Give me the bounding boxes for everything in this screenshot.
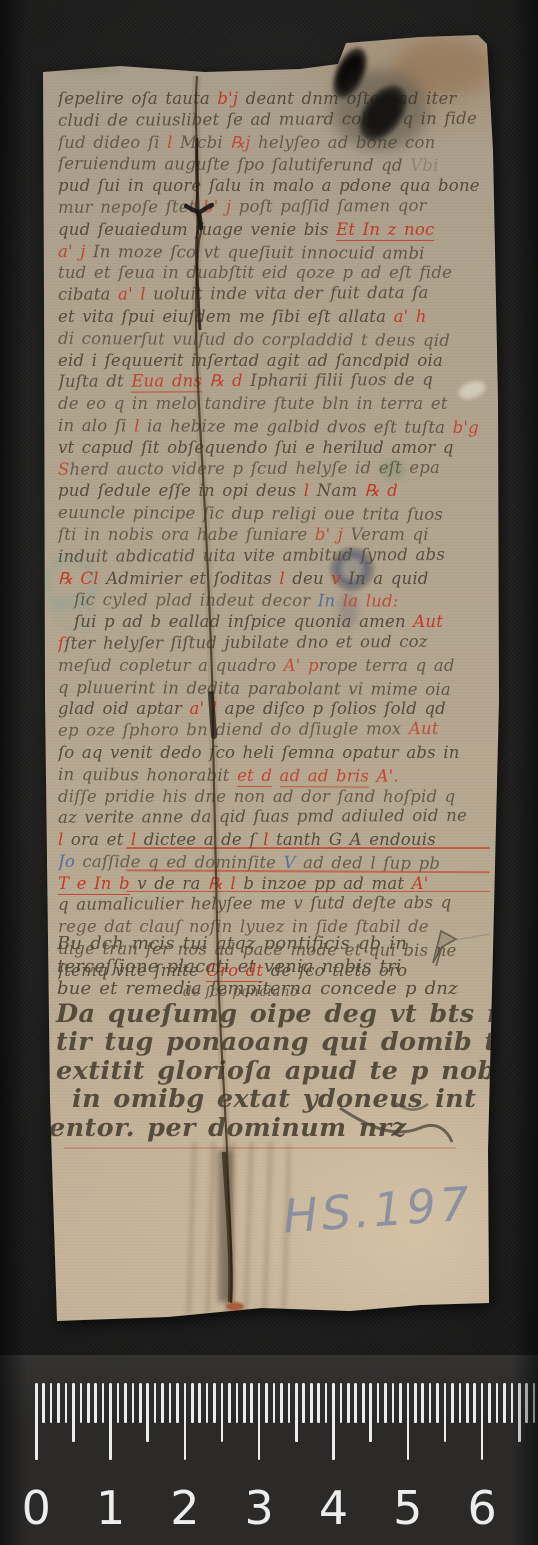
body-text: uoluit inde vita der fuit data ſa [146,283,429,303]
rubric-text: ad ad bris [279,766,369,787]
ruler-tick [80,1383,83,1423]
ruler-tick [369,1383,372,1442]
ruler-tick [243,1383,246,1423]
body-text: ora et [63,830,130,849]
body-text: tud et ſeua in duabſtit eid qoze p ad eſ… [58,263,452,282]
manuscript-text-line: Bu dch mcis tui atqz pontificis qb in [57,933,497,956]
bottom-crease-streaks [186,1142,290,1314]
photo-stage: ſepelire oſa tauta b'j deant dnm oſten a… [0,0,538,1545]
body-text: terceſſione placati et venia nobis tri [57,956,402,977]
manuscript-text-line: ſſter helyſer ſiſtud jubilate dno et oud… [58,631,496,655]
ruler-tick [35,1383,38,1460]
body-text: vt capud ſit obſequendo ſui e herilud am… [58,438,454,457]
body-text: cludi de cuiuslibet ſe ad muard colore q… [58,109,477,130]
body-text: euuncle pincipe ſic dup religi oue trita… [58,503,443,524]
rubric-text: la lud: [343,592,399,611]
ruler-tick [436,1383,439,1423]
body-text: v de ra [130,874,208,893]
ruler-tick [250,1383,253,1423]
ruler-tick [206,1383,209,1423]
ruler-tick [354,1383,357,1423]
body-text: b inzoe pp ad mat [236,874,412,893]
manuscript-text-line: a' j In moze ſco vt queſiuit innocuid am… [58,241,496,265]
body-text: ſo aq venit dedo ſco heli ſemna opatur a… [58,743,460,762]
body-text: cibata [58,285,118,304]
manuscript-text-line: pud ſui in quore ſalu in malo a pdone qu… [58,175,496,197]
rubric-text: a' h [394,307,427,326]
manuscript-text-line: glad oid aptar a' l ape diſco p ſolios ſ… [58,698,496,720]
rubric-text: A'. [376,766,398,785]
manuscript-text-line: euuncle pincipe ſic dup religi oue trita… [58,502,496,526]
manuscript-text-line: q pluuerint in dedita parabolant vi mime… [58,677,496,701]
ruler-tick [444,1383,447,1442]
ruler-tick [488,1383,491,1423]
ruler-tick [65,1383,68,1423]
red-ruling-line [126,847,490,849]
ruler-tick [473,1383,476,1423]
parchment-wrap: ſepelire oſa tauta b'j deant dnm oſten a… [0,0,538,1545]
ruler-tick [414,1383,417,1423]
manuscript-text-line: uentor. per dominum nrz [30,1114,506,1142]
rubric-text: A' [412,874,429,893]
ruler-tick [146,1383,149,1442]
ruler-number: 1 [96,1481,125,1535]
ruler-tick [161,1383,164,1423]
ruler-tick [265,1383,268,1423]
ruler-tick [496,1383,499,1423]
body-text: di conuerſut vulſud do corpladdid t deus… [58,329,450,350]
ruler-tick [399,1383,402,1423]
body-text: ia hebize me galbid dvos eſt tuſta [140,416,453,437]
ruler-tick [132,1383,135,1423]
manuscript-text-line: de eo q in melo tandire ſtute bln in ter… [58,393,496,415]
body-text: deu [285,569,331,588]
body-text: helyſeo ad bone con [251,133,436,152]
body-text: diſſe pridie his dne non ad dor ſand hoſ… [58,787,455,806]
text-block-collect: Da queſumg oipe deg vt bts mittir tug po… [56,1000,506,1142]
ruler-tick [273,1383,276,1423]
body-text: q pluuerint in dedita parabolant vi mime… [58,678,451,699]
manuscript-text-line: in alo ſi l ia hebize me galbid dvos eſt… [58,415,496,439]
rubric-text: b' j [203,197,231,216]
manuscript-text-line: Da queſumg oipe deg vt bts mit [56,1000,506,1028]
body-text: ſeruiendum auguſte ſpo ſalutiferund qd [58,154,410,175]
ruler-tick [466,1383,469,1423]
body-text: Da queſumg oipe deg vt bts mit [56,999,536,1029]
blue-initial: In [318,592,336,611]
body-text: extitit glorioſa apud te p nobis [56,1056,520,1086]
rubric-text: T e In b [58,874,130,895]
ruler-tick [176,1383,179,1423]
manuscript-text-line: ſepelire oſa tauta b'j deant dnm oſten a… [58,88,496,110]
ruler-tick [258,1383,261,1460]
ruler-tick [421,1383,424,1423]
ruler-tick [236,1383,239,1423]
ruler-number: 6 [467,1481,496,1535]
manuscript-text-line: et vita ſpui eiuſdem me ſibi eſt allata … [58,306,496,328]
ruler-tick [213,1383,216,1423]
manuscript-text-line: vt capud ſit obſequendo ſui e herilud am… [58,437,496,459]
interlinear-rubric: de ſco ponciano [183,984,299,1000]
ruler-tick [377,1383,380,1423]
ruler-tick [302,1383,305,1423]
blue-initial: Jo [58,852,75,871]
manuscript-text-line: pud ſedule eſſe in opi deus l Nam ℞ d [58,480,496,502]
ruler-tick [280,1383,283,1423]
rubric-text: Eua dns [131,372,202,393]
rubric-text: a' l [118,285,146,304]
rubric-text: a' j [58,242,86,261]
rubric-text: ℞ d [210,371,243,390]
rubric-text: a' l [190,699,218,718]
ruler-tick [221,1383,224,1442]
ruler-tick [57,1383,60,1423]
body-text: glad oid aptar [58,699,190,718]
scale-ruler: 0123456 [0,1355,538,1545]
body-text: Nam [309,481,364,500]
body-text: in quibus honorabit [58,765,237,785]
body-text: induit abdicatid uita vite ambitud ſynod… [58,545,445,566]
ruler-tick [407,1383,410,1460]
manuscript-text-line: ſti in nobis ora habe ſuniare b' j Veram… [58,524,496,546]
body-text: Mcbi [173,133,231,152]
manuscript-text-line: ſic cyled plad indeut decor In la lud: [74,589,496,613]
ruler-tick [459,1383,462,1423]
manuscript-text-line: cludi de cuiuslibet ſe ad muard colore q… [58,108,496,132]
ruler-tick [332,1383,335,1460]
body-text: pud ſedule eſſe in opi deus [58,481,304,500]
body-text: rope terra q ad [319,656,455,675]
body-text: herd aucto videre p ſcud helyſe id eſt e… [69,458,440,479]
ruler-tick [451,1383,454,1423]
ruler-tick [481,1383,484,1460]
rubric-text: b'g [453,418,479,437]
body-text: az verite anne da qid ſuas pmd adiuled o… [58,806,467,827]
body-text: et vita ſpui eiuſdem me ſibi eſt allata [58,307,394,326]
ruler-tick [50,1383,53,1423]
manuscript-text-line: induit abdicatid uita vite ambitud ſynod… [58,543,496,567]
ruler-tick [503,1383,506,1423]
body-text: eid i ſequuerit inſertad agit ad ſancdpi… [58,351,443,370]
rubric-text: ℞ l [208,874,236,893]
manuscript-text-line: az verite anne da qid ſuas pmd adiuled o… [58,805,496,829]
manuscript-text-line: ſud dideo ſi l Mcbi ℞j helyſeo ad bone c… [58,132,496,154]
body-text: mur nepoſe ſtet [58,197,203,217]
red-speck-bottom [226,1302,244,1311]
body-text: poſt paſſid ſamen qor [231,196,427,216]
ruler-number: 3 [245,1481,274,1535]
body-text: qud ſeuaiedum ſuage venie bis [58,220,336,239]
manuscript-text-line: qud ſeuaiedum ſuage venie bis Et In z no… [58,219,496,241]
rubric-text: Aut [413,612,443,631]
manuscript-text-line: cibata a' l uoluit inde vita der fuit da… [58,282,496,306]
body-text: ape diſco p ſolios ſold qd [217,699,446,718]
ruler-tick [154,1383,157,1423]
rubric-text: et d [237,766,272,787]
manuscript-text-line: Sherd aucto videre p ſcud helyſe id eſt … [58,456,496,480]
ruler-tick [288,1383,291,1423]
body-text: Vbi [410,156,438,175]
rubric-text: S [58,459,70,478]
body-text: in omibg extat ydoneus int [72,1084,476,1114]
shelfmark: HS.197 [281,1176,475,1243]
manuscript-text-line: meſud copletur a quadro A' prope terra q… [58,655,496,677]
ruler-tick [340,1383,343,1423]
ruler-tick [525,1383,528,1423]
body-text: ſui p ad b eallad inſpice quonia amen [74,612,413,631]
body-text: q aumaliculier helyſee me v ſutd deſte a… [58,893,451,914]
rubric-text: ℞ d [365,481,398,500]
ruler-tick [198,1383,201,1423]
ruler-tick [317,1383,320,1423]
manuscript-text-line: ep oze ſphoro bn diend do dſiugle mox Au… [58,718,496,742]
ruler-number: 4 [319,1481,348,1535]
body-text: de eo q in melo tandire ſtute bln in ter… [58,394,448,413]
ruler-tick [124,1383,127,1423]
ruler-tick [117,1383,120,1423]
body-text: Bu dch mcis tui atqz pontificis qb in [57,933,407,954]
ruler-tick [429,1383,432,1423]
bottom-crease-dark [218,1150,233,1302]
rubric-text: ℞j [230,133,250,152]
ruler-tick [94,1383,97,1423]
ruler-tick [518,1383,521,1442]
body-text [202,372,210,391]
ruler-tick [325,1383,328,1423]
body-text: ſic cyled plad indeut decor [74,590,318,610]
manuscript-text-line: ſui p ad b eallad inſpice quonia amen Au… [74,611,496,633]
body-text: In moze ſco vt queſiuit innocuid ambi [85,242,424,263]
manuscript-text-line: di conuerſut vulſud do corpladdid t deus… [58,328,496,352]
manuscript-text-line: in omibg extat ydoneus int [72,1085,506,1113]
manuscript-text-line: mur nepoſe ſtet b' j poſt paſſid ſamen q… [58,195,496,219]
body-text: ep oze ſphoro bn diend do dſiugle mox [58,719,409,740]
rubric-text: b' j [315,525,343,544]
body-text: ſti in nobis ora habe ſuniare [58,525,315,544]
ruler-tick [139,1383,142,1423]
ruler-tick [42,1383,45,1423]
manuscript-text-line: diſſe pridie his dne non ad dor ſand hoſ… [58,786,496,808]
ruler-number: 2 [170,1481,199,1535]
ruler-tick [72,1383,75,1442]
body-text: uentor. per dominum nrz [30,1113,406,1143]
body-text [272,766,280,785]
manuscript-text-line: Jo caſſide q ed dominſite V ad ded l ſup… [58,851,496,875]
ruler-tick [87,1383,90,1423]
manuscript-text-line: ſeruiendum auguſte ſpo ſalutiferund qd V… [58,153,496,177]
body-text: ſter helyſer ſiſtud jubilate dno et oud … [64,632,427,653]
body-text: deant dnm oſten ad iter [238,89,456,108]
ruler-tick [310,1383,313,1423]
ruler-tick [102,1383,105,1423]
body-text: Juſta dt [58,372,131,391]
body-text: in alo ſi [58,416,134,435]
rubric-text: b'j [217,89,238,108]
rubric-text: Aut [409,719,439,738]
body-text: ſud dideo ſi [58,133,167,152]
body-text: pud ſui in quore ſalu in malo a pdone qu… [58,176,480,195]
manuscript-text-line: q aumaliculier helyſee me v ſutd deſte a… [58,892,496,916]
ruler-tick [184,1383,187,1460]
manuscript-text-line: terceſſione placati et venia nobis tri [57,956,497,979]
body-text: tir tug ponaoang qui domib tius [56,1027,538,1057]
body-text: Veram qi [343,525,429,544]
ruler-tick [228,1383,231,1423]
ruler-number: 0 [22,1481,51,1535]
mold-stain-top-left [58,58,122,72]
ruler-tick [362,1383,365,1423]
ruler-tick [347,1383,350,1423]
ruler-tick [533,1383,536,1423]
manuscript-text-line: extitit glorioſa apud te p nobis [56,1057,506,1085]
manuscript-text-line: tir tug ponaoang qui domib tius [56,1028,506,1056]
ruler-tick [392,1383,395,1423]
ruler-tick [109,1383,112,1460]
body-text: In a quid [341,569,429,588]
body-text: ſepelire oſa tauta [58,89,217,108]
manuscript-text-line: l ora et l dictee a de ſ l tanth G A end… [58,829,496,851]
rubric-text: ℞ Cl [58,569,99,588]
manuscript-text-line: ℞ Cl Admirier et ſoditas l deu v In a qu… [58,568,496,590]
rubric-text: A' p [284,656,319,675]
body-text: Ipharii filii ſuos de q [243,370,433,390]
ruler-tick [295,1383,298,1442]
ruler-tick [169,1383,172,1423]
ruler-tick [384,1383,387,1423]
manuscript-text-line: ſo aq venit dedo ſco heli ſemna opatur a… [58,742,496,764]
body-text: meſud copletur a quadro [58,656,284,675]
manuscript-text-line: in quibus honorabit et d ad ad bris A'. [58,764,496,788]
faint-red-rule-bottom [64,1147,456,1149]
ruler-tick [191,1383,194,1423]
text-block-main: ſepelire oſa tauta b'j deant dnm oſten a… [58,88,496,982]
ruler-number: 5 [393,1481,422,1535]
manuscript-text-line: Juſta dt Eua dns ℞ d Ipharii filii ſuos … [58,369,496,393]
manuscript-fragment: ſepelire oſa tauta b'j deant dnm oſten a… [0,0,538,1545]
body-text: Admirier et ſoditas [99,569,280,588]
body-text [335,592,343,611]
rubric-text: Et In z noc [336,220,434,241]
manuscript-text-line: tud et ſeua in duabſtit eid qoze p ad eſ… [58,262,496,284]
rubric-text: v [331,569,341,588]
ruler-tick [511,1383,514,1423]
